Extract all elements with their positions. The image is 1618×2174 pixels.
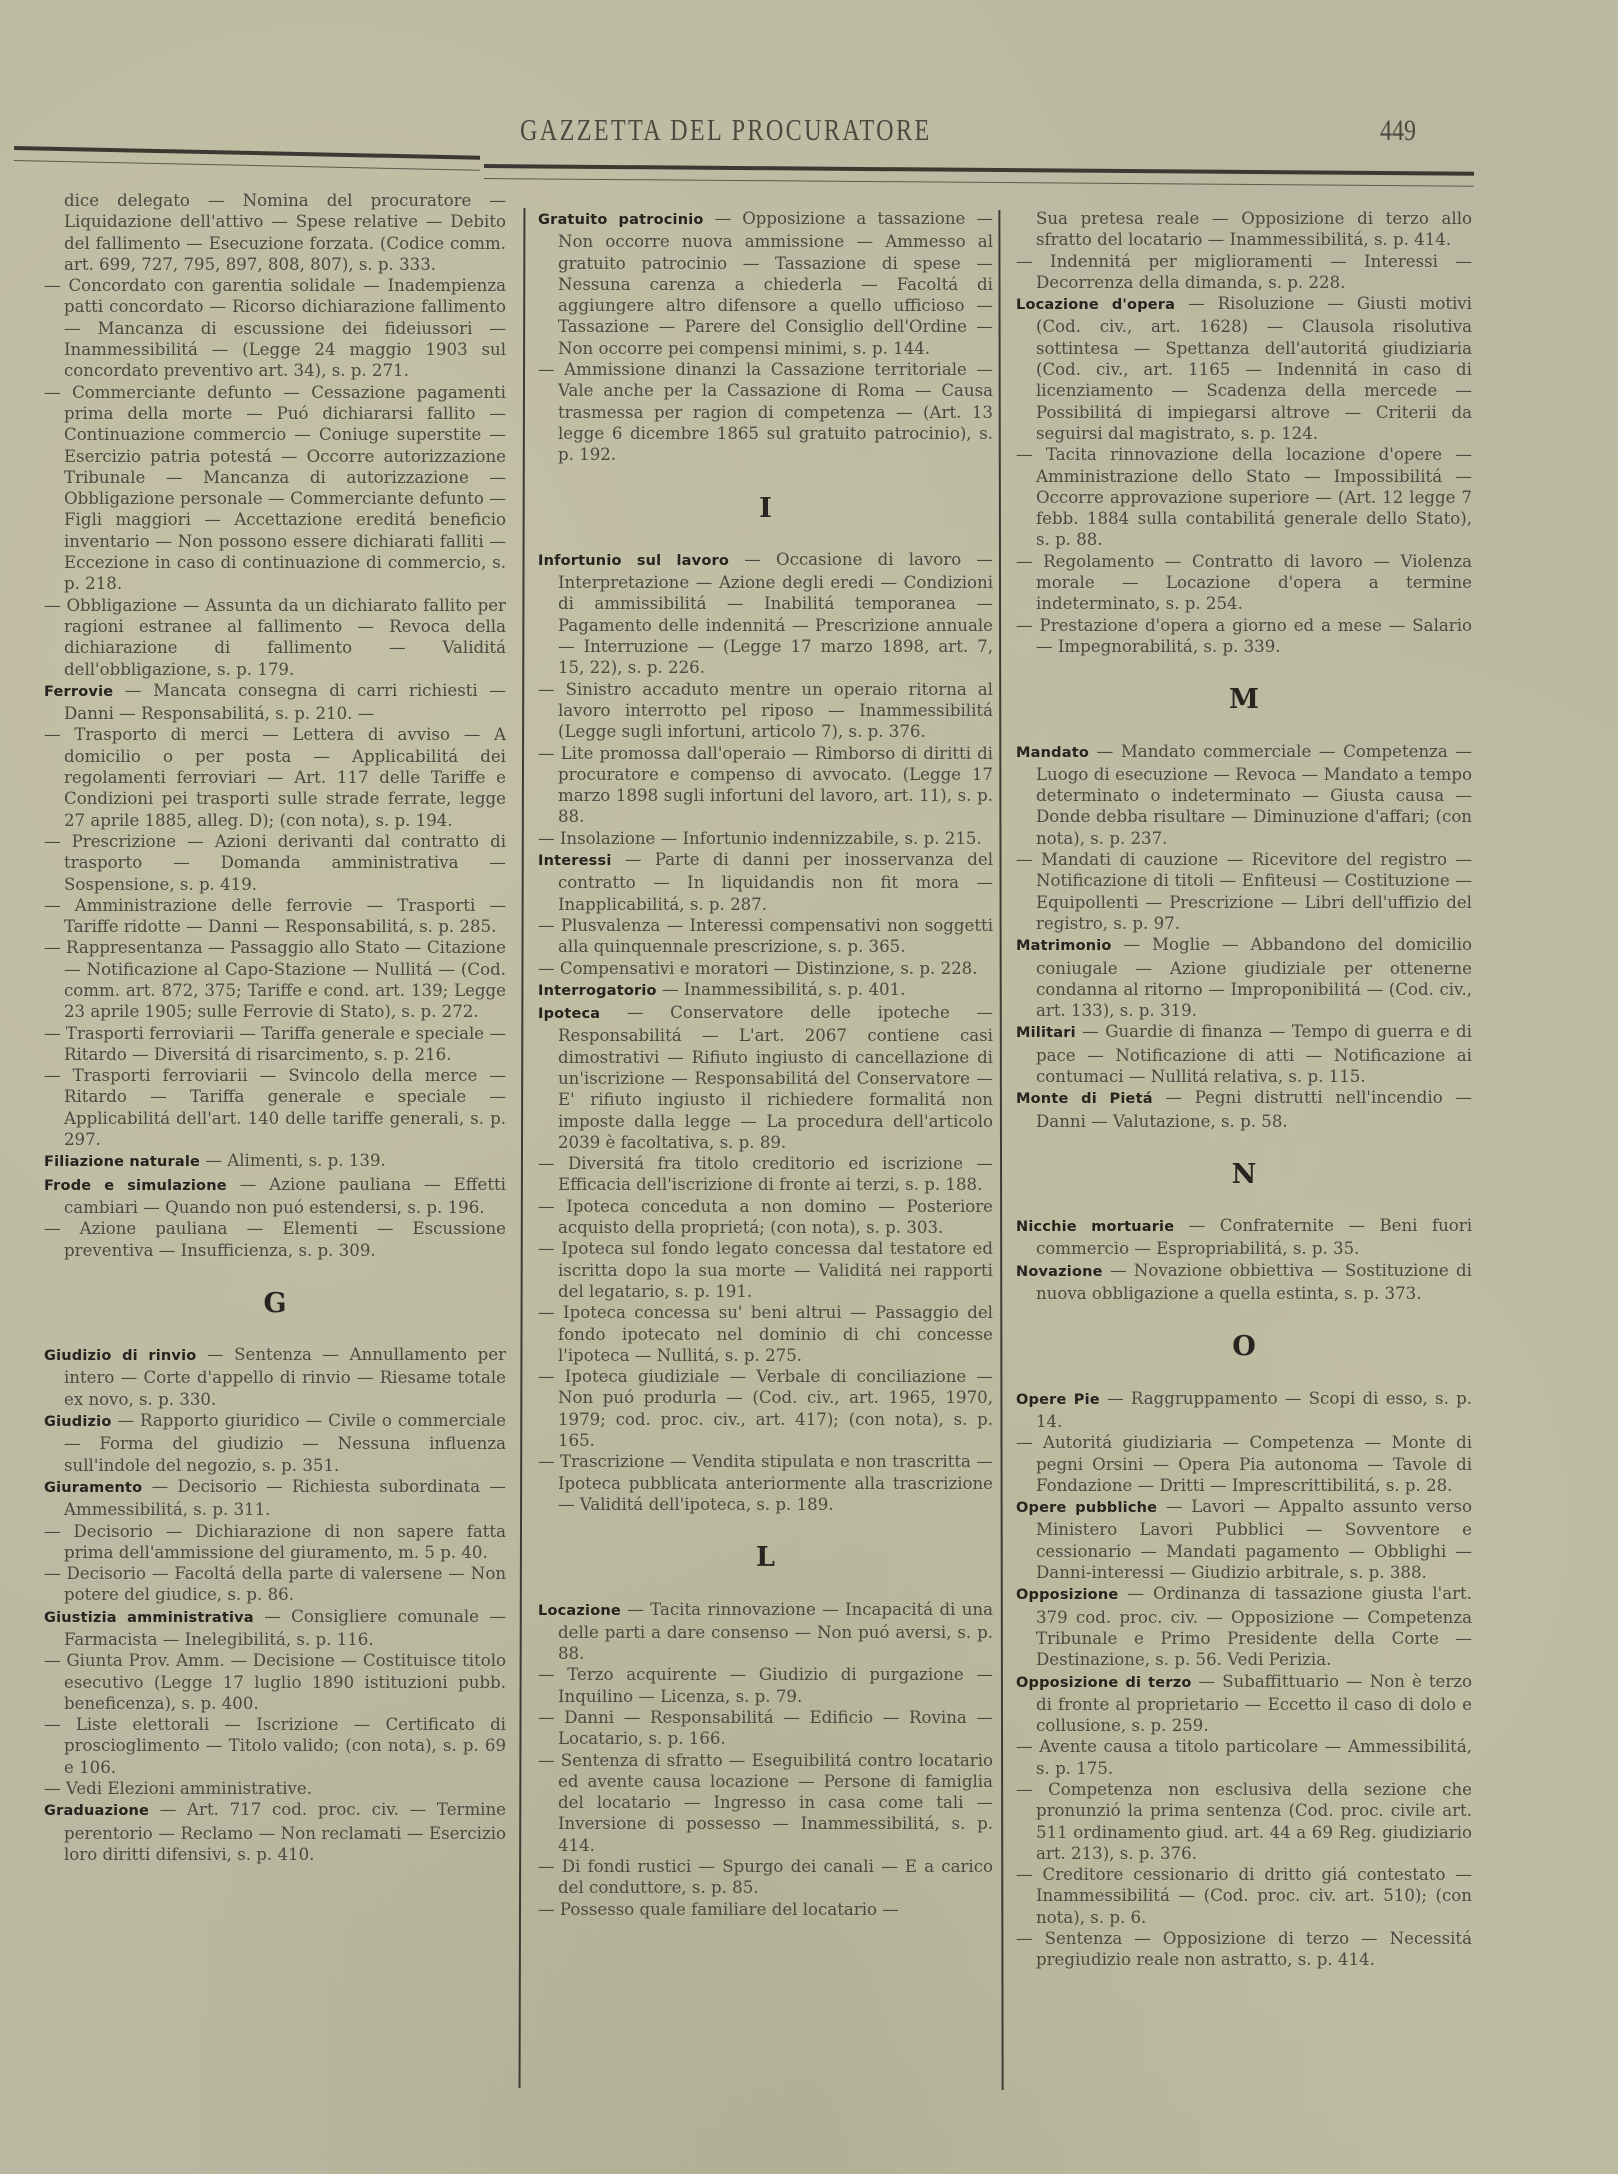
index-subentry: — Prescrizione — Azioni derivanti dal co… <box>44 831 506 895</box>
entry-headword: Giuramento <box>44 1480 142 1496</box>
index-subentry: — Di fondi rustici — Spurgo dei canali —… <box>538 1856 993 1899</box>
entry-text: — Trasporti ferroviarii — Tariffa genera… <box>44 1024 506 1064</box>
index-subentry: — Sentenza — Opposizione di terzo — Nece… <box>1016 1928 1472 1971</box>
entry-text: — Tacita rinnovazione — Incapacitá di un… <box>558 1600 993 1664</box>
index-subentry: — Giunta Prov. Amm. — Decisione — Costit… <box>44 1650 506 1714</box>
index-entry: Interrogatorio — Inammessibilitá, s. p. … <box>538 979 993 1002</box>
entry-headword: Novazione <box>1016 1264 1103 1280</box>
entry-text: — Di fondi rustici — Spurgo dei canali —… <box>538 1857 993 1897</box>
entry-headword: Opere Pie <box>1016 1392 1100 1408</box>
index-subentry: — Plusvalenza — Interessi compensativi n… <box>538 915 993 958</box>
index-entry: Matrimonio — Moglie — Abbandono del domi… <box>1016 934 1472 1021</box>
entry-text: — Plusvalenza — Interessi compensativi n… <box>538 916 993 956</box>
entry-text: — Diversitá fra titolo creditorio ed isc… <box>538 1154 993 1194</box>
entry-text: — Sentenza di sfratto — Eseguibilitá con… <box>538 1751 993 1855</box>
index-entry: Locazione d'opera — Risoluzione — Giusti… <box>1016 293 1472 444</box>
entry-text: — Mancata consegna di carri richiesti — … <box>64 681 506 723</box>
index-entry: Opposizione di terzo — Subaffittuario — … <box>1016 1671 1472 1737</box>
running-header: GAZZETTA DEL PROCURATORE 449 <box>0 112 1480 152</box>
index-subentry: — Danni — Responsabilitá — Edificio — Ro… <box>538 1707 993 1750</box>
entry-text: — Competenza non esclusiva della sezione… <box>1016 1780 1472 1863</box>
entry-headword: Interessi <box>538 853 612 869</box>
index-entry: Interessi — Parte di danni per inosserva… <box>538 849 993 915</box>
index-subentry: — Regolamento — Contratto di lavoro — Vi… <box>1016 551 1472 615</box>
entry-text: — Autoritá giudiziaria — Competenza — Mo… <box>1016 1433 1472 1495</box>
index-subentry: — Concordato con garentia solidale — Ina… <box>44 275 506 381</box>
index-entry: Opere pubbliche — Lavori — Appalto assun… <box>1016 1496 1472 1583</box>
index-column-2: Gratuito patrocinio — Opposizione a tass… <box>538 208 993 1920</box>
entry-headword: Locazione <box>538 1603 621 1619</box>
entry-text: — Commerciante defunto — Cessazione paga… <box>44 383 506 594</box>
index-column-3: Sua pretesa reale — Opposizione di terzo… <box>1016 208 1472 1971</box>
section-letter-heading: L <box>538 1547 993 1568</box>
index-subentry: — Competenza non esclusiva della sezione… <box>1016 1779 1472 1864</box>
entry-headword: Frode e simulazione <box>44 1178 227 1194</box>
section-letter-heading: O <box>1016 1336 1472 1357</box>
index-entry: Monte di Pietá — Pegni distrutti nell'in… <box>1016 1087 1472 1132</box>
index-entry: Giudizio di rinvio — Sentenza — Annullam… <box>44 1344 506 1410</box>
entry-text: — Ipoteca conceduta a non domino — Poste… <box>538 1197 993 1237</box>
entry-text: — Insolazione — Infortunio indennizzabil… <box>538 829 982 848</box>
entry-text: — Risoluzione — Giusti motivi (Cod. civ.… <box>1036 294 1472 443</box>
entry-headword: Opere pubbliche <box>1016 1500 1157 1516</box>
entry-text: — Opposizione a tassazione — Non occorre… <box>558 209 993 358</box>
index-subentry: — Prestazione d'opera a giorno ed a mese… <box>1016 615 1472 658</box>
column-divider <box>998 210 1003 2090</box>
index-entry: Frode e simulazione — Azione pauliana — … <box>44 1174 506 1219</box>
entry-headword: Opposizione di terzo <box>1016 1675 1192 1691</box>
index-subentry: — Sinistro accaduto mentre un operaio ri… <box>538 679 993 743</box>
entry-text: — Prescrizione — Azioni derivanti dal co… <box>44 832 506 894</box>
index-subentry: — Azione pauliana — Elementi — Escussion… <box>44 1218 506 1261</box>
entry-text: — Trasporto di merci — Lettera di avviso… <box>44 725 506 829</box>
entry-text: — Liste elettorali — Iscrizione — Certif… <box>44 1715 506 1777</box>
entry-headword: Locazione d'opera <box>1016 297 1175 313</box>
entry-text: — Giunta Prov. Amm. — Decisione — Costit… <box>44 1651 506 1713</box>
entry-text: — Rappresentanza — Passaggio allo Stato … <box>44 938 506 1021</box>
index-subentry: — Possesso quale familiare del locatario… <box>538 1899 993 1920</box>
entry-text: — Mandato commerciale — Competenza — Luo… <box>1036 742 1472 848</box>
index-entry: Gratuito patrocinio — Opposizione a tass… <box>538 208 993 359</box>
entry-text: — Avente causa a titolo particolare — Am… <box>1016 1737 1472 1777</box>
index-entry: Locazione — Tacita rinnovazione — Incapa… <box>538 1599 993 1665</box>
entry-text: — Azione pauliana — Elementi — Escussion… <box>44 1219 506 1259</box>
index-subentry: — Ipoteca giudiziale — Verbale di concil… <box>538 1366 993 1451</box>
entry-text: — Possesso quale familiare del locatario… <box>538 1900 899 1919</box>
entry-text: — Obbligazione — Assunta da un dichiarat… <box>44 596 506 679</box>
entry-headword: Matrimonio <box>1016 938 1112 954</box>
index-subentry: — Amministrazione delle ferrovie — Trasp… <box>44 895 506 938</box>
entry-text: — Decisorio — Facoltá della parte di val… <box>44 1564 506 1604</box>
entry-text: — Inammessibilitá, s. p. 401. <box>657 980 906 999</box>
entry-text: — Ipoteca concessa su' beni altrui — Pas… <box>538 1303 993 1365</box>
entry-text: — Compensativi e moratori — Distinzione,… <box>538 959 978 978</box>
index-entry: Ipoteca — Conservatore delle ipoteche — … <box>538 1002 993 1153</box>
column-divider <box>519 208 526 2088</box>
entry-text: — Danni — Responsabilitá — Edificio — Ro… <box>538 1708 993 1748</box>
index-subentry: — Trasporti ferroviarii — Svincolo della… <box>44 1065 506 1150</box>
index-subentry: — Trascrizione — Vendita stipulata e non… <box>538 1451 993 1515</box>
entry-text: — Raggruppamento — Scopi di esso, s. p. … <box>1036 1389 1472 1431</box>
index-entry: Opere Pie — Raggruppamento — Scopi di es… <box>1016 1388 1472 1433</box>
entry-text: — Terzo acquirente — Giudizio di purgazi… <box>538 1665 993 1705</box>
journal-title: GAZZETTA DEL PROCURATORE <box>520 112 932 148</box>
entry-text: — Parte di danni per inosservanza del co… <box>558 850 993 914</box>
index-entry: Graduazione — Art. 717 cod. proc. civ. —… <box>44 1799 506 1865</box>
section-letter-heading: N <box>1016 1164 1472 1185</box>
index-entry: Nicchie mortuarie — Confraternite — Beni… <box>1016 1215 1472 1260</box>
scanned-page: GAZZETTA DEL PROCURATORE 449 dice delega… <box>0 0 1618 2174</box>
entry-headword: Interrogatorio <box>538 983 657 999</box>
entry-text: — Guardie di finanza — Tempo di guerra e… <box>1036 1022 1472 1086</box>
index-entry: Giustizia amministrativa — Consigliere c… <box>44 1606 506 1651</box>
header-rule-right <box>484 164 1474 187</box>
entry-text: — Rapporto giuridico — Civile o commerci… <box>64 1411 506 1475</box>
section-letter-heading: I <box>538 498 993 519</box>
index-subentry: — Sentenza di sfratto — Eseguibilitá con… <box>538 1750 993 1856</box>
entry-text: — Trasporti ferroviarii — Svincolo della… <box>44 1066 506 1149</box>
entry-text: — Sinistro accaduto mentre un operaio ri… <box>538 680 993 742</box>
entry-text: — Decisorio — Dichiarazione di non saper… <box>44 1522 506 1562</box>
entry-text: — Ipoteca giudiziale — Verbale di concil… <box>538 1367 993 1450</box>
section-letter-heading: M <box>1016 689 1472 710</box>
entry-text: — Lite promossa dall'operaio — Rimborso … <box>538 744 993 827</box>
entry-text: — Conservatore delle ipoteche — Responsa… <box>558 1003 993 1152</box>
index-subentry: — Creditore cessionario di dritto giá co… <box>1016 1864 1472 1928</box>
entry-text: — Ipoteca sul fondo legato concessa dal … <box>538 1239 993 1301</box>
index-subentry: — Vedi Elezioni amministrative. <box>44 1778 506 1799</box>
entry-text: — Sentenza — Opposizione di terzo — Nece… <box>1016 1929 1472 1969</box>
index-subentry: — Trasporto di merci — Lettera di avviso… <box>44 724 506 830</box>
entry-headword: Militari <box>1016 1025 1076 1041</box>
entry-text: — Trascrizione — Vendita stipulata e non… <box>538 1452 993 1514</box>
entry-headword: Ipoteca <box>538 1006 600 1022</box>
entry-headword: Infortunio sul lavoro <box>538 553 729 569</box>
index-subentry: — Obbligazione — Assunta da un dichiarat… <box>44 595 506 680</box>
index-subentry: — Tacita rinnovazione della locazione d'… <box>1016 444 1472 550</box>
entry-text: — Tacita rinnovazione della locazione d'… <box>1016 445 1472 549</box>
entry-headword: Gratuito patrocinio <box>538 212 704 228</box>
index-subentry: — Indennitá per miglioramenti — Interess… <box>1016 251 1472 294</box>
index-entry: Filiazione naturale — Alimenti, s. p. 13… <box>44 1150 506 1173</box>
index-subentry: — Decisorio — Facoltá della parte di val… <box>44 1563 506 1606</box>
index-entry: Mandato — Mandato commerciale — Competen… <box>1016 741 1472 849</box>
index-entry: Infortunio sul lavoro — Occasione di lav… <box>538 549 993 679</box>
index-subentry: — Ipoteca conceduta a non domino — Poste… <box>538 1196 993 1239</box>
entry-text: — Vedi Elezioni amministrative. <box>44 1779 312 1798</box>
entry-headword: Nicchie mortuarie <box>1016 1219 1174 1235</box>
index-subentry: — Mandati di cauzione — Ricevitore del r… <box>1016 849 1472 934</box>
index-subentry: — Trasporti ferroviarii — Tariffa genera… <box>44 1023 506 1066</box>
index-subentry: — Compensativi e moratori — Distinzione,… <box>538 958 993 979</box>
entry-text: — Regolamento — Contratto di lavoro — Vi… <box>1016 552 1472 614</box>
index-subentry: — Ipoteca concessa su' beni altrui — Pas… <box>538 1302 993 1366</box>
index-entry: Giuramento — Decisorio — Richiesta subor… <box>44 1476 506 1521</box>
index-subentry: Sua pretesa reale — Opposizione di terzo… <box>1016 208 1472 251</box>
index-subentry: — Commerciante defunto — Cessazione paga… <box>44 382 506 595</box>
index-subentry: — Ammissione dinanzi la Cassazione terri… <box>538 359 993 465</box>
index-subentry: — Liste elettorali — Iscrizione — Certif… <box>44 1714 506 1778</box>
entry-text: — Mandati di cauzione — Ricevitore del r… <box>1016 850 1472 933</box>
entry-headword: Opposizione <box>1016 1587 1118 1603</box>
entry-text: — Amministrazione delle ferrovie — Trasp… <box>44 896 506 936</box>
entry-text: — Indennitá per miglioramenti — Interess… <box>1016 252 1472 292</box>
index-subentry: — Terzo acquirente — Giudizio di purgazi… <box>538 1664 993 1707</box>
index-subentry: — Avente causa a titolo particolare — Am… <box>1016 1736 1472 1779</box>
entry-headword: Filiazione naturale <box>44 1154 200 1170</box>
index-subentry: — Insolazione — Infortunio indennizzabil… <box>538 828 993 849</box>
index-entry: Novazione — Novazione obbiettiva — Sosti… <box>1016 1260 1472 1305</box>
entry-headword: Ferrovie <box>44 684 113 700</box>
entry-text: — Concordato con garentia solidale — Ina… <box>44 276 506 380</box>
index-column-1: dice delegato — Nomina del procuratore —… <box>44 190 506 1865</box>
index-entry: Giudizio — Rapporto giuridico — Civile o… <box>44 1410 506 1476</box>
index-subentry: — Autoritá giudiziaria — Competenza — Mo… <box>1016 1432 1472 1496</box>
index-subentry: — Diversitá fra titolo creditorio ed isc… <box>538 1153 993 1196</box>
index-entry: Opposizione — Ordinanza di tassazione gi… <box>1016 1583 1472 1670</box>
index-subentry: dice delegato — Nomina del procuratore —… <box>44 190 506 275</box>
entry-text: — Ammissione dinanzi la Cassazione terri… <box>538 360 993 464</box>
entry-headword: Giudizio di rinvio <box>44 1348 196 1364</box>
entry-text: — Prestazione d'opera a giorno ed a mese… <box>1016 616 1472 656</box>
entry-text: Sua pretesa reale — Opposizione di terzo… <box>1036 209 1472 249</box>
entry-headword: Graduazione <box>44 1803 149 1819</box>
index-entry: Militari — Guardie di finanza — Tempo di… <box>1016 1021 1472 1087</box>
page-number: 449 <box>1380 114 1416 148</box>
index-subentry: — Lite promossa dall'operaio — Rimborso … <box>538 743 993 828</box>
index-entry: Ferrovie — Mancata consegna di carri ric… <box>44 680 506 725</box>
entry-text: — Alimenti, s. p. 139. <box>200 1151 386 1170</box>
entry-headword: Giudizio <box>44 1414 112 1430</box>
index-subentry: — Ipoteca sul fondo legato concessa dal … <box>538 1238 993 1302</box>
entry-headword: Mandato <box>1016 745 1089 761</box>
entry-text: dice delegato — Nomina del procuratore —… <box>64 191 506 274</box>
index-subentry: — Decisorio — Dichiarazione di non saper… <box>44 1521 506 1564</box>
entry-headword: Monte di Pietá <box>1016 1091 1153 1107</box>
entry-text: — Creditore cessionario di dritto giá co… <box>1016 1865 1472 1927</box>
section-letter-heading: G <box>44 1293 506 1314</box>
entry-headword: Giustizia amministrativa <box>44 1610 254 1626</box>
index-subentry: — Rappresentanza — Passaggio allo Stato … <box>44 937 506 1022</box>
